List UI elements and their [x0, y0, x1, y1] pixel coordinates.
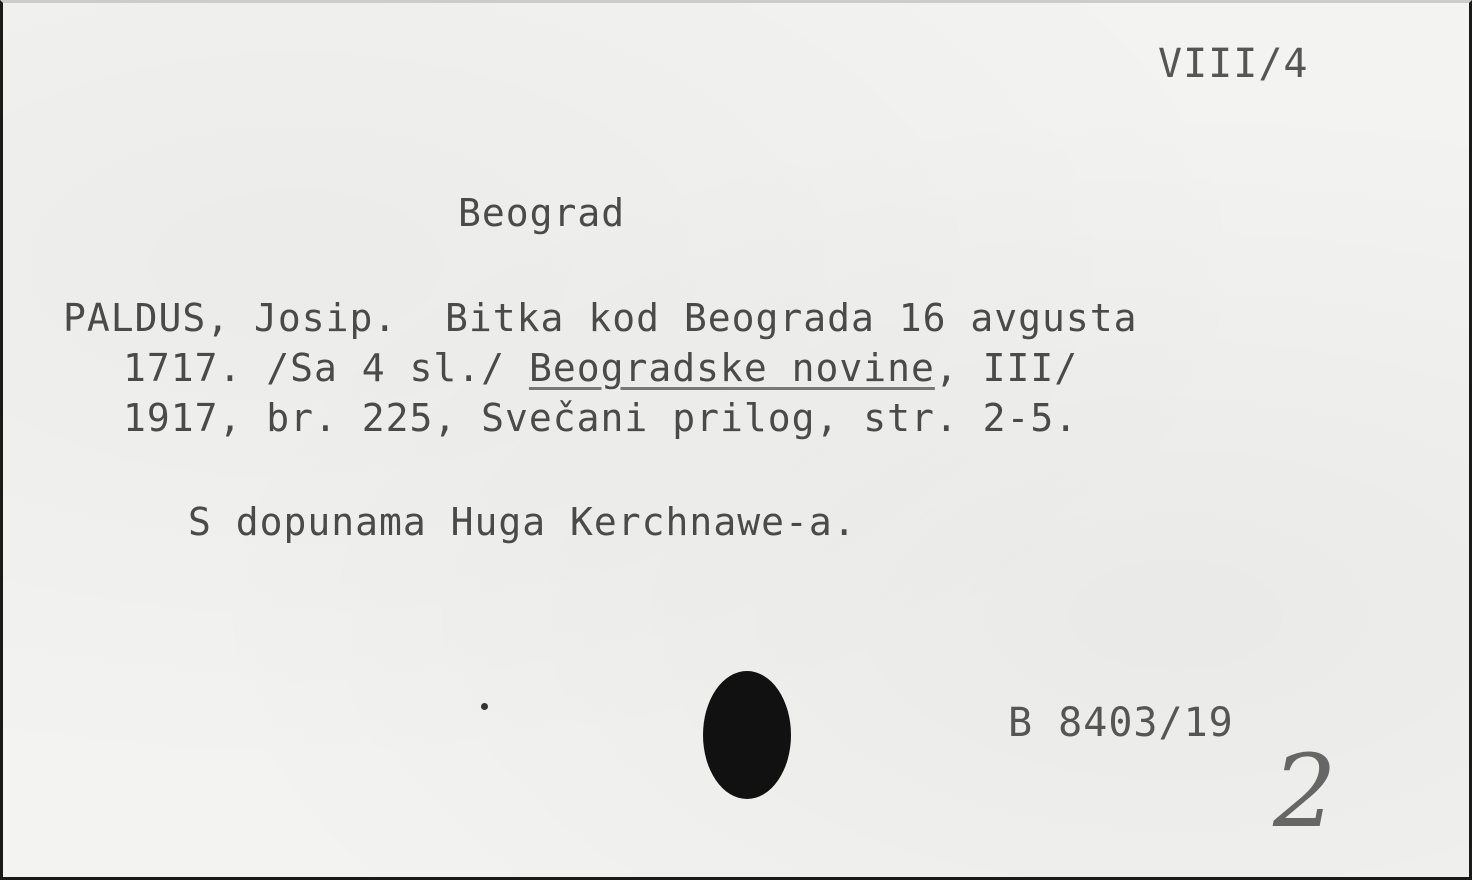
- entry-line-2-prefix: 1717. /Sa 4 sl./: [123, 346, 529, 390]
- periodical-title: Beogradske novine: [529, 346, 935, 390]
- accession-number: B 8403/19: [1008, 700, 1234, 746]
- entry-line-2: 1717. /Sa 4 sl./ Beogradske novine, III/: [123, 346, 1078, 390]
- ink-dot: [481, 703, 488, 710]
- entry-line-2-suffix: , III/: [935, 346, 1078, 390]
- punch-hole: [703, 671, 791, 799]
- entry-line-1: PALDUS, Josip. Bitka kod Beograda 16 avg…: [63, 296, 1138, 340]
- card-note: S dopunama Huga Kerchnawe-a.: [188, 500, 857, 544]
- handwritten-mark: 2: [1273, 733, 1337, 850]
- entry-line-3: 1917, br. 225, Svečani prilog, str. 2-5.: [123, 396, 1078, 440]
- call-number: VIII/4: [1158, 41, 1309, 87]
- catalog-card: VIII/4 Beograd PALDUS, Josip. Bitka kod …: [0, 0, 1472, 880]
- subject-heading: Beograd: [458, 191, 625, 235]
